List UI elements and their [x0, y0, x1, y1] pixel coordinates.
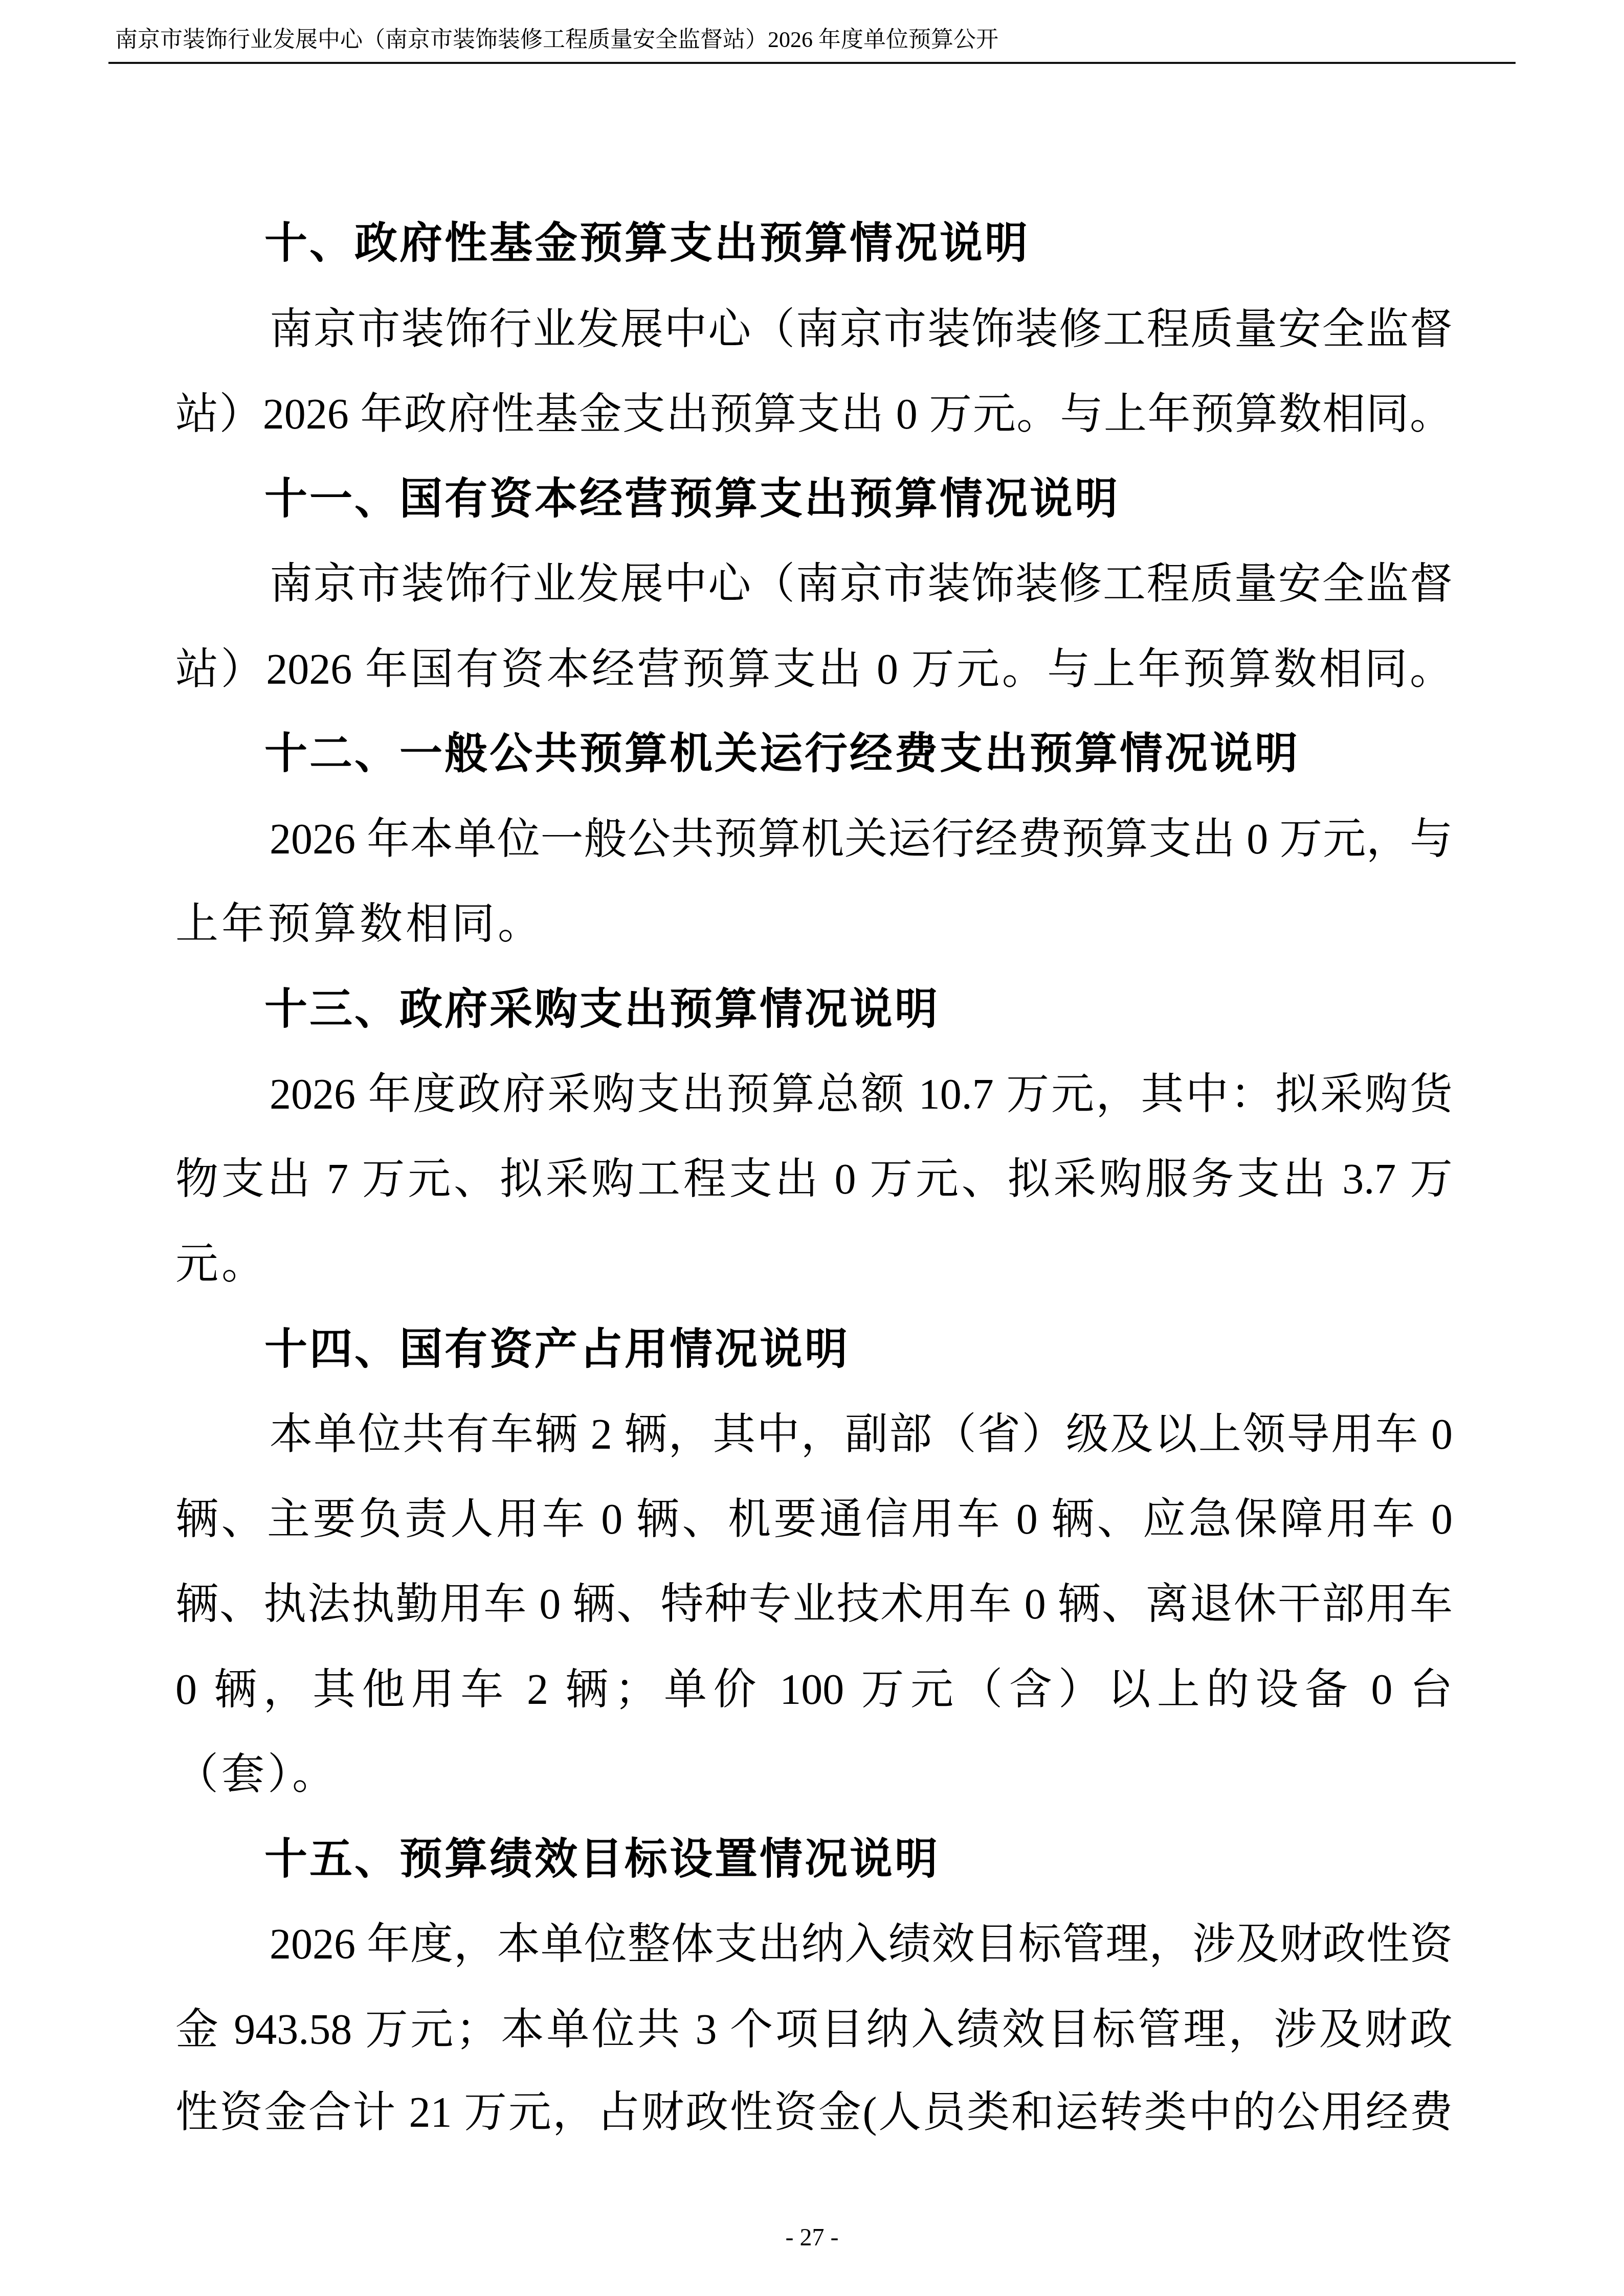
section-heading-15: 十五、预算绩效目标设置情况说明 [175, 1834, 940, 1885]
paragraph-line: 南京市装饰行业发展中心（南京市装饰装修工程质量安全监督 [175, 559, 1453, 610]
paragraph-line: 站）2026 年国有资本经营预算支出 0 万元。与上年预算数相同。 [175, 644, 1453, 695]
page-number: - 27 - [0, 2223, 1624, 2252]
paragraph-line: 金 943.58 万元；本单位共 3 个项目纳入绩效目标管理，涉及财政 [175, 2005, 1453, 2056]
paragraph-line: 站）2026 年政府性基金支出预算支出 0 万元。与上年预算数相同。 [175, 389, 1453, 440]
paragraph-line: 辆、执法执勤用车 0 辆、特种专业技术用车 0 辆、离退休干部用车 [175, 1579, 1453, 1630]
paragraph-line: 性资金合计 21 万元，占财政性资金(人员类和运转类中的公用经费 [175, 2087, 1453, 2139]
paragraph-line: 2026 年本单位一般公共预算机关运行经费预算支出 0 万元，与 [175, 814, 1453, 865]
paragraph-line: 南京市装饰行业发展中心（南京市装饰装修工程质量安全监督 [175, 304, 1453, 355]
paragraph-line: 物支出 7 万元、拟采购工程支出 0 万元、拟采购服务支出 3.7 万 [175, 1154, 1453, 1205]
paragraph-line: 2026 年度政府采购支出预算总额 10.7 万元，其中：拟采购货 [175, 1069, 1453, 1120]
paragraph-line: 0 辆，其他用车 2 辆；单价 100 万元（含）以上的设备 0 台 [175, 1664, 1453, 1716]
paragraph-line: （套）。 [175, 1749, 1453, 1800]
section-heading-11: 十一、国有资本经营预算支出预算情况说明 [175, 474, 1120, 525]
section-heading-14: 十四、国有资产占用情况说明 [175, 1324, 850, 1376]
paragraph-line: 上年预算数相同。 [175, 899, 1453, 950]
section-heading-12: 十二、一般公共预算机关运行经费支出预算情况说明 [175, 729, 1300, 780]
header-divider [108, 62, 1516, 64]
paragraph-line: 辆、主要负责人用车 0 辆、机要通信用车 0 辆、应急保障用车 0 [175, 1494, 1453, 1545]
section-heading-13: 十三、政府采购支出预算情况说明 [175, 984, 940, 1036]
section-heading-10: 十、政府性基金预算支出预算情况说明 [175, 218, 1030, 269]
page-header-title: 南京市装饰行业发展中心（南京市装饰装修工程质量安全监督站）2026 年度单位预算… [115, 26, 998, 54]
paragraph-line: 元。 [175, 1239, 1453, 1290]
paragraph-line: 2026 年度，本单位整体支出纳入绩效目标管理，涉及财政性资 [175, 1919, 1453, 1970]
paragraph-line: 本单位共有车辆 2 辆，其中，副部（省）级及以上领导用车 0 [175, 1409, 1453, 1460]
